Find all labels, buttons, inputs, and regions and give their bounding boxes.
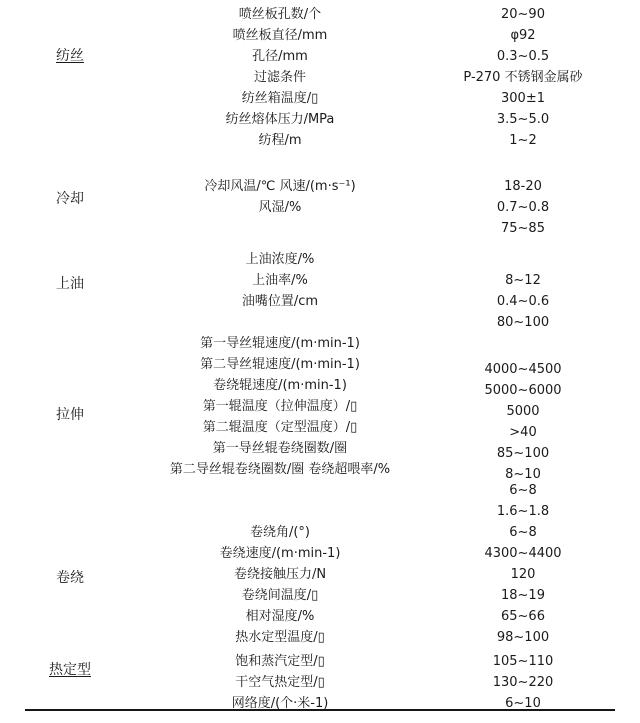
table-row: 卷绕接触压力/N120 bbox=[0, 564, 640, 585]
value-cell: 3.5~5.0 bbox=[430, 109, 616, 130]
table-row: 75~85 bbox=[0, 218, 640, 239]
table-row: 风湿/%0.7~0.8 bbox=[0, 197, 640, 218]
param-label: 第二导丝辊速度/(m·min-1) bbox=[125, 354, 435, 375]
param-label: 热水定型温度/▯ bbox=[125, 627, 435, 648]
value-cell: 6~8 bbox=[430, 480, 616, 501]
value-cell: 20~90 bbox=[430, 4, 616, 25]
table-row: 上油率/%8~12 bbox=[0, 270, 640, 291]
value-cell: 18-20 bbox=[430, 176, 616, 197]
value-cell: 120 bbox=[430, 564, 616, 585]
param-label: 孔径/mm bbox=[125, 46, 435, 67]
param-label: 相对湿度/% bbox=[125, 606, 435, 627]
table-row: 孔径/mm0.3~0.5 bbox=[0, 46, 640, 67]
table-row: 卷绕间温度/▯18~19 bbox=[0, 585, 640, 606]
table-row: 喷丝板直径/mmφ92 bbox=[0, 25, 640, 46]
table-row: 1.6~1.8 bbox=[0, 501, 640, 522]
value-cell: 65~66 bbox=[430, 606, 616, 627]
value-cell: 4300~4400 bbox=[430, 543, 616, 564]
value-cell: P-270 不锈钢金属砂 bbox=[430, 67, 616, 88]
table-bottom-border bbox=[25, 709, 615, 711]
value-cell: 18~19 bbox=[430, 585, 616, 606]
table-row: 喷丝板孔数/个20~90 bbox=[0, 4, 640, 25]
value-cell: φ92 bbox=[430, 25, 616, 46]
param-label: 饱和蒸汽定型/▯ bbox=[125, 651, 435, 672]
param-label: 上油率/% bbox=[125, 270, 435, 291]
value-cell: 6~8 bbox=[430, 522, 616, 543]
table-row: 干空气热定型/▯130~220 bbox=[0, 672, 640, 693]
value-cell: 1.6~1.8 bbox=[430, 501, 616, 522]
param-label: 油嘴位置/cm bbox=[125, 291, 435, 312]
value-cell: 75~85 bbox=[430, 218, 616, 239]
table-row: 纺丝箱温度/▯300±1 bbox=[0, 88, 640, 109]
table-row: 纺程/m1~2 bbox=[0, 130, 640, 151]
param-label: 喷丝板直径/mm bbox=[125, 25, 435, 46]
param-label: 第一导丝辊卷绕圈数/圈 bbox=[125, 438, 435, 459]
value-cell: 105~110 bbox=[430, 651, 616, 672]
table-row: 饱和蒸汽定型/▯105~110 bbox=[0, 651, 640, 672]
table-row: 第二导丝辊卷绕圈数/圈 卷绕超喂率/%8~10 bbox=[0, 459, 640, 480]
process-parameter-table: 纺丝 冷却 上油 拉伸 卷绕 热定型 喷丝板孔数/个20~90 喷丝板直径/mm… bbox=[0, 0, 640, 723]
table-row: 6~8 bbox=[0, 480, 640, 501]
table-row: 卷绕角/(°)6~8 bbox=[0, 522, 640, 543]
table-row: 上油浓度/% bbox=[0, 249, 640, 270]
value-cell: 130~220 bbox=[430, 672, 616, 693]
value-cell: 300±1 bbox=[430, 88, 616, 109]
param-label: 卷绕速度/(m·min-1) bbox=[125, 543, 435, 564]
table-row: 卷绕辊速度/(m·min-1)5000~6000 bbox=[0, 375, 640, 396]
param-label: 卷绕角/(°) bbox=[125, 522, 435, 543]
param-label: 喷丝板孔数/个 bbox=[125, 4, 435, 25]
param-label: 第一导丝辊速度/(m·min-1) bbox=[125, 333, 435, 354]
value-cell: 80~100 bbox=[430, 312, 616, 333]
param-label: 风湿/% bbox=[125, 197, 435, 218]
table-row: 卷绕速度/(m·min-1)4300~4400 bbox=[0, 543, 640, 564]
param-label: 卷绕间温度/▯ bbox=[125, 585, 435, 606]
table-row: 热水定型温度/▯98~100 bbox=[0, 627, 640, 648]
table-row: 纺丝熔体压力/MPa3.5~5.0 bbox=[0, 109, 640, 130]
param-label: 过滤条件 bbox=[125, 67, 435, 88]
param-label: 纺丝熔体压力/MPa bbox=[125, 109, 435, 130]
table-row: 第二辊温度（定型温度）/▯>40 bbox=[0, 417, 640, 438]
table-row: 第一辊温度（拉伸温度）/▯5000 bbox=[0, 396, 640, 417]
param-label: 干空气热定型/▯ bbox=[125, 672, 435, 693]
table-row: 第一导丝辊卷绕圈数/圈85~100 bbox=[0, 438, 640, 459]
param-label: 第一辊温度（拉伸温度）/▯ bbox=[125, 396, 435, 417]
param-label: 纺丝箱温度/▯ bbox=[125, 88, 435, 109]
value-cell: 0.4~0.6 bbox=[430, 291, 616, 312]
param-label: 冷却风温/℃ 风速/(m·s⁻¹) bbox=[125, 176, 435, 197]
value-cell: 8~12 bbox=[430, 270, 616, 291]
table-row: 相对湿度/%65~66 bbox=[0, 606, 640, 627]
value-cell: 1~2 bbox=[430, 130, 616, 151]
table-row: 80~100 bbox=[0, 312, 640, 333]
param-label: 上油浓度/% bbox=[125, 249, 435, 270]
table-row: 油嘴位置/cm0.4~0.6 bbox=[0, 291, 640, 312]
value-cell: 0.7~0.8 bbox=[430, 197, 616, 218]
param-label: 卷绕辊速度/(m·min-1) bbox=[125, 375, 435, 396]
value-cell: 0.3~0.5 bbox=[430, 46, 616, 67]
param-label: 纺程/m bbox=[125, 130, 435, 151]
value-cell: 98~100 bbox=[430, 627, 616, 648]
param-label: 第二辊温度（定型温度）/▯ bbox=[125, 417, 435, 438]
table-row: 第一导丝辊速度/(m·min-1) bbox=[0, 333, 640, 354]
table-row: 冷却风温/℃ 风速/(m·s⁻¹)18-20 bbox=[0, 176, 640, 197]
table-row: 第二导丝辊速度/(m·min-1)4000~4500 bbox=[0, 354, 640, 375]
table-row: 过滤条件P-270 不锈钢金属砂 bbox=[0, 67, 640, 88]
param-label: 卷绕接触压力/N bbox=[125, 564, 435, 585]
param-label: 第二导丝辊卷绕圈数/圈 卷绕超喂率/% bbox=[125, 459, 435, 480]
